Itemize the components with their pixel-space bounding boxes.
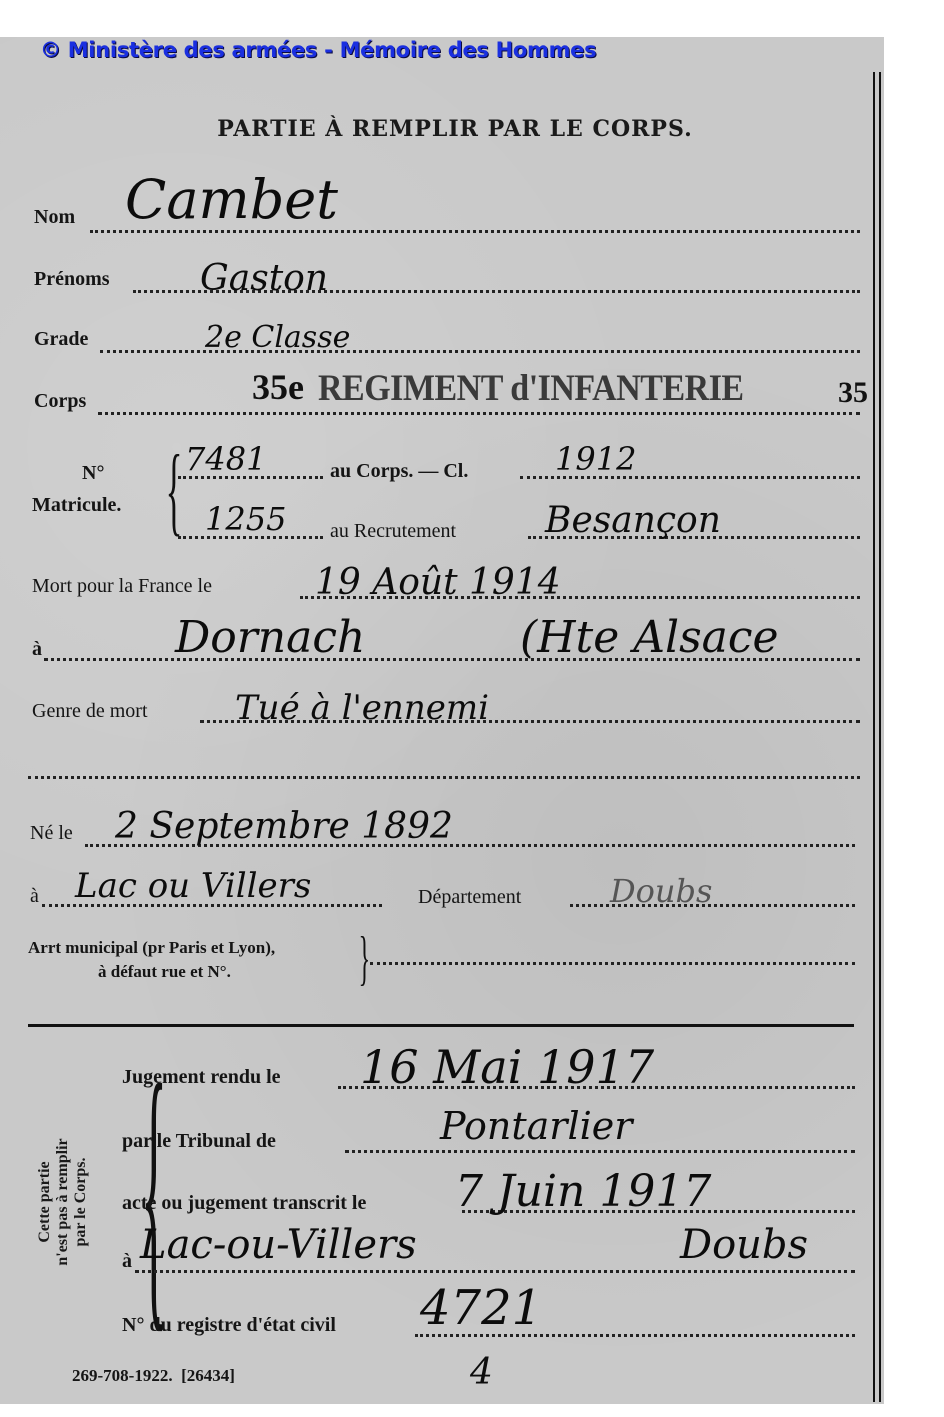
side-note-line-3: par le Corps. (72, 1127, 90, 1277)
genre-mort-value: Tué à l'ennemi (235, 688, 489, 728)
matricule-corps-value: 7481 (185, 440, 266, 478)
grade-label: Grade (34, 328, 88, 351)
transcrit-lieu-value: Lac-ou-Villers (140, 1222, 417, 1268)
mort-date-value: 19 Août 1914 (315, 562, 561, 603)
matricule-recrutement-value: 1255 (205, 500, 286, 538)
genre-mort-extra-line (28, 776, 860, 779)
corps-margin-number: 35 (838, 376, 868, 410)
arr-label-2: à défaut rue et N°. (98, 962, 231, 982)
arr-label-1: Arrt municipal (pr Paris et Lyon), (28, 938, 275, 958)
mort-lieu-label: à (32, 638, 42, 661)
mort-lieu-region: (Hte Alsace (520, 612, 779, 663)
classe-value: 1912 (555, 440, 636, 478)
form-title: PARTIE À REMPLIR PAR LE CORPS. (0, 116, 910, 142)
matricule-label: Matricule. (32, 494, 121, 517)
transcrit-label: acte ou jugement transcrit le (122, 1192, 366, 1215)
matricule-corps-label: au Corps. — Cl. (330, 460, 468, 483)
corps-stamp-number: 35e (252, 366, 304, 408)
tribunal-line (345, 1150, 855, 1153)
side-note-line-1: Cette partie (36, 1127, 54, 1277)
genre-mort-label: Genre de mort (32, 700, 148, 723)
mort-lieu-value: Dornach (175, 612, 365, 663)
arr-brace: } (359, 928, 371, 988)
transcrit-lieu-dept: Doubs (680, 1222, 808, 1268)
registre-label: N° du registre d'état civil (122, 1314, 336, 1337)
side-note-line-2: n'est pas à remplir (54, 1127, 72, 1277)
tribunal-value: Pontarlier (440, 1104, 632, 1148)
copyright-watermark: © Ministère des armées - Mémoire des Hom… (40, 38, 596, 62)
nom-value: Cambet (125, 168, 338, 231)
jugement-label: Jugement rendu le (122, 1066, 281, 1089)
right-border-line-2 (879, 72, 881, 1402)
corps-line (98, 412, 860, 415)
arr-line (370, 962, 855, 965)
departement-label: Département (418, 886, 521, 909)
departement-value: Doubs (610, 872, 712, 910)
transcrit-value: 7 Juin 1917 (455, 1166, 711, 1217)
tribunal-label: par le Tribunal de (122, 1130, 276, 1153)
ne-a-value: Lac ou Villers (75, 866, 311, 906)
grade-value: 2e Classe (205, 320, 350, 355)
prenoms-label: Prénoms (34, 268, 110, 291)
transcrit-lieu-label: à (122, 1250, 132, 1273)
transcrit-lieu-line (135, 1270, 855, 1273)
form-reference-code: 269-708-1922. [26434] (72, 1366, 235, 1386)
mort-date-label: Mort pour la France le (32, 575, 212, 598)
side-note: Cette partie n'est pas à remplir par le … (36, 1127, 90, 1277)
nom-label: Nom (34, 206, 75, 229)
recrutement-label: au Recrutement (330, 520, 456, 543)
registre-value: 4721 (420, 1280, 542, 1336)
matricule-brace: { (166, 440, 183, 540)
right-border-line (873, 72, 875, 1402)
matricule-label-no: N° (82, 462, 104, 485)
ne-le-label: Né le (30, 822, 73, 845)
prenoms-value: Gaston (200, 258, 328, 299)
corps-label: Corps (34, 390, 86, 413)
ne-le-value: 2 Septembre 1892 (115, 806, 453, 847)
registre-extra: 4 (470, 1352, 493, 1393)
recrutement-place-value: Besançon (545, 500, 721, 541)
jugement-value: 16 Mai 1917 (360, 1040, 654, 1094)
corps-stamp-text: REGIMENT d'INFANTERIE (318, 368, 744, 410)
ne-a-label: à (30, 885, 39, 908)
